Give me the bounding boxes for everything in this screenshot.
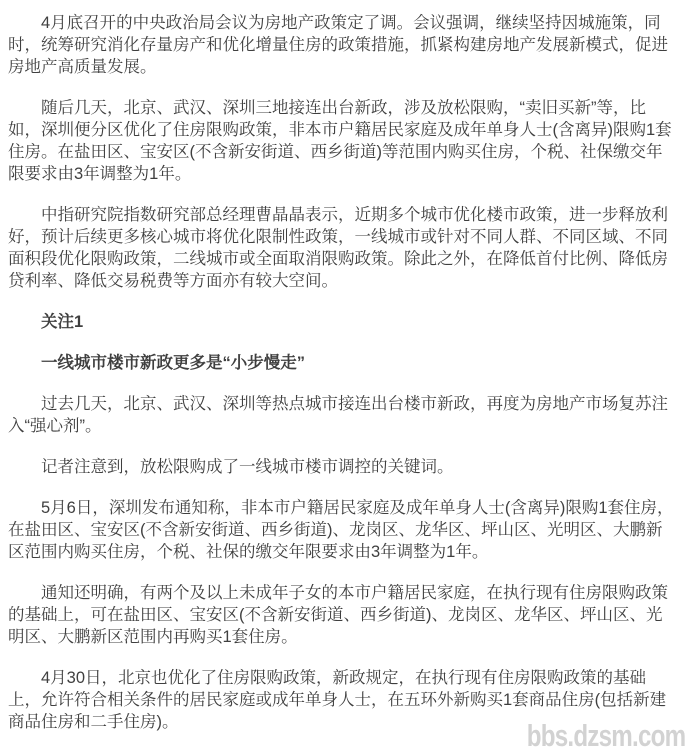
paragraph: 记者注意到，放松限购成了一线城市楼市调控的关键词。 xyxy=(8,456,678,478)
site-watermark: bbs.dzsm.com xyxy=(526,720,685,751)
section-heading: 一线城市楼市新政更多是“小步慢走” xyxy=(8,352,678,374)
paragraph: 4月底召开的中央政治局会议为房地产政策定了调。会议强调，继续坚持因城施策，同时，… xyxy=(8,12,678,78)
paragraph: 过去几天，北京、武汉、深圳等热点城市接连出台楼市新政，再度为房地产市场复苏注入“… xyxy=(8,393,678,437)
section-heading: 关注1 xyxy=(8,311,678,333)
paragraph: 通知还明确，有两个及以上未成年子女的本市户籍居民家庭，在执行现有住房限购政策的基… xyxy=(8,582,678,648)
paragraph: 中指研究院指数研究部总经理曹晶晶表示，近期多个城市优化楼市政策，进一步释放利好，… xyxy=(8,204,678,292)
article-text: 4月底召开的中央政治局会议为房地产政策定了调。会议强调，继续坚持因城施策，同时，… xyxy=(0,0,686,733)
paragraph: 5月6日，深圳发布通知称，非本市户籍居民家庭及成年单身人士(含离异)限购1套住房… xyxy=(8,497,678,563)
paragraph: 随后几天，北京、武汉、深圳三地接连出台新政，涉及放松限购，“卖旧买新”等，比如，… xyxy=(8,97,678,185)
